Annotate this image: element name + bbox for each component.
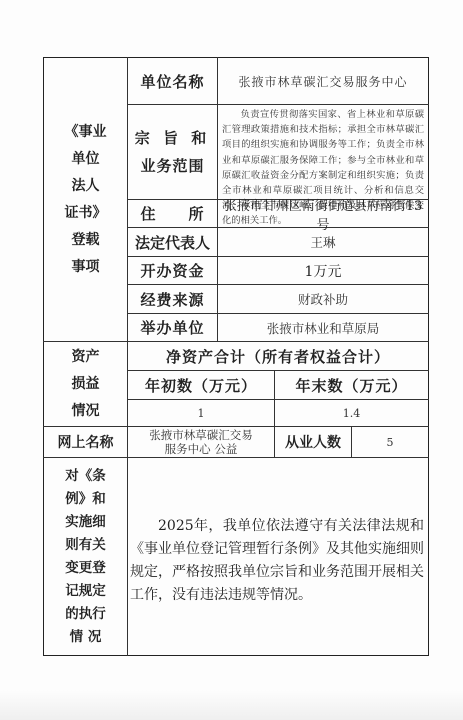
value-year-start: 1 [128,400,274,426]
value-address: 张掖市甘州区南街街道县府南街13号 [218,200,428,227]
label-line: 例》和 [65,488,106,511]
col-header-year-end: 年末数（万元） [275,371,428,399]
online-name-line: 服务中心 公益 [165,442,238,456]
label-line: 证书》 [65,200,107,227]
label-online-name: 网上名称 [44,427,127,457]
label-line: 业务范围 [140,152,204,180]
label-start-capital: 开办资金 [128,257,217,284]
value-start-capital: 1万元 [218,257,428,284]
value-online-name: 张掖市林草碳汇交易 服务中心 公益 [128,427,274,457]
label-line: 情况 [72,398,100,425]
page-bottom-shadow [0,690,463,720]
label-legal-representative: 法定代表人 [128,228,217,256]
label-line: 情 况 [70,626,102,649]
compliance-statement: 2025年，我单位依法遵守有关法律法规和《事业单位登记管理暂行条例》及其他实施细… [130,515,424,607]
label-line: 则有关 [65,534,106,557]
value-unit-name: 张掖市林草碳汇交易服务中心 [218,58,428,104]
online-name-line: 张掖市林草碳汇交易 [149,428,253,442]
col-header-year-start: 年初数（万元） [128,371,274,399]
label-line: 的执行 [65,603,106,626]
label-funding-source: 经费来源 [128,285,217,313]
section-label-compliance: 对《条 例》和 实施细 则有关 变更登 记规定 的执行 情 况 [44,458,127,655]
value-sponsor-unit: 张掖市林业和草原局 [218,314,428,341]
label-line: 单位 [72,146,100,173]
label-line: 实施细 [65,511,106,534]
value-year-end: 1.4 [275,400,428,426]
value-legal-representative: 王琳 [218,228,428,256]
section-label-registration: 《事业 单位 法人 证书》 登载 事项 [44,58,127,341]
value-funding-source: 财政补助 [218,285,428,313]
label-line: 资产 [72,344,100,371]
net-assets-header: 净资产合计（所有者权益合计） [128,342,428,370]
label-line: 事项 [72,254,100,281]
label-line: 《事业 [65,119,107,146]
label-line: 记规定 [65,580,106,603]
value-staff-count: 5 [352,427,428,457]
label-mission-scope: 宗 旨 和 业务范围 [128,105,217,199]
label-staff-count: 从业人数 [275,427,351,457]
label-line: 损益 [72,371,100,398]
label-line: 变更登 [65,557,106,580]
label-address: 住 所 [128,200,217,227]
label-sponsor-unit: 举办单位 [128,314,217,341]
label-line: 对《条 [65,465,106,488]
label-line: 登载 [72,227,100,254]
label-line: 法人 [72,173,100,200]
section-label-assets: 资产 损益 情况 [44,342,127,426]
label-unit-name: 单位名称 [128,58,217,104]
value-mission-scope: 负责宣传贯彻落实国家、省上林业和草原碳汇管理政策措施和技术指标；承担全市林草碳汇… [218,105,428,199]
label-line: 宗 旨 和 [135,124,210,152]
